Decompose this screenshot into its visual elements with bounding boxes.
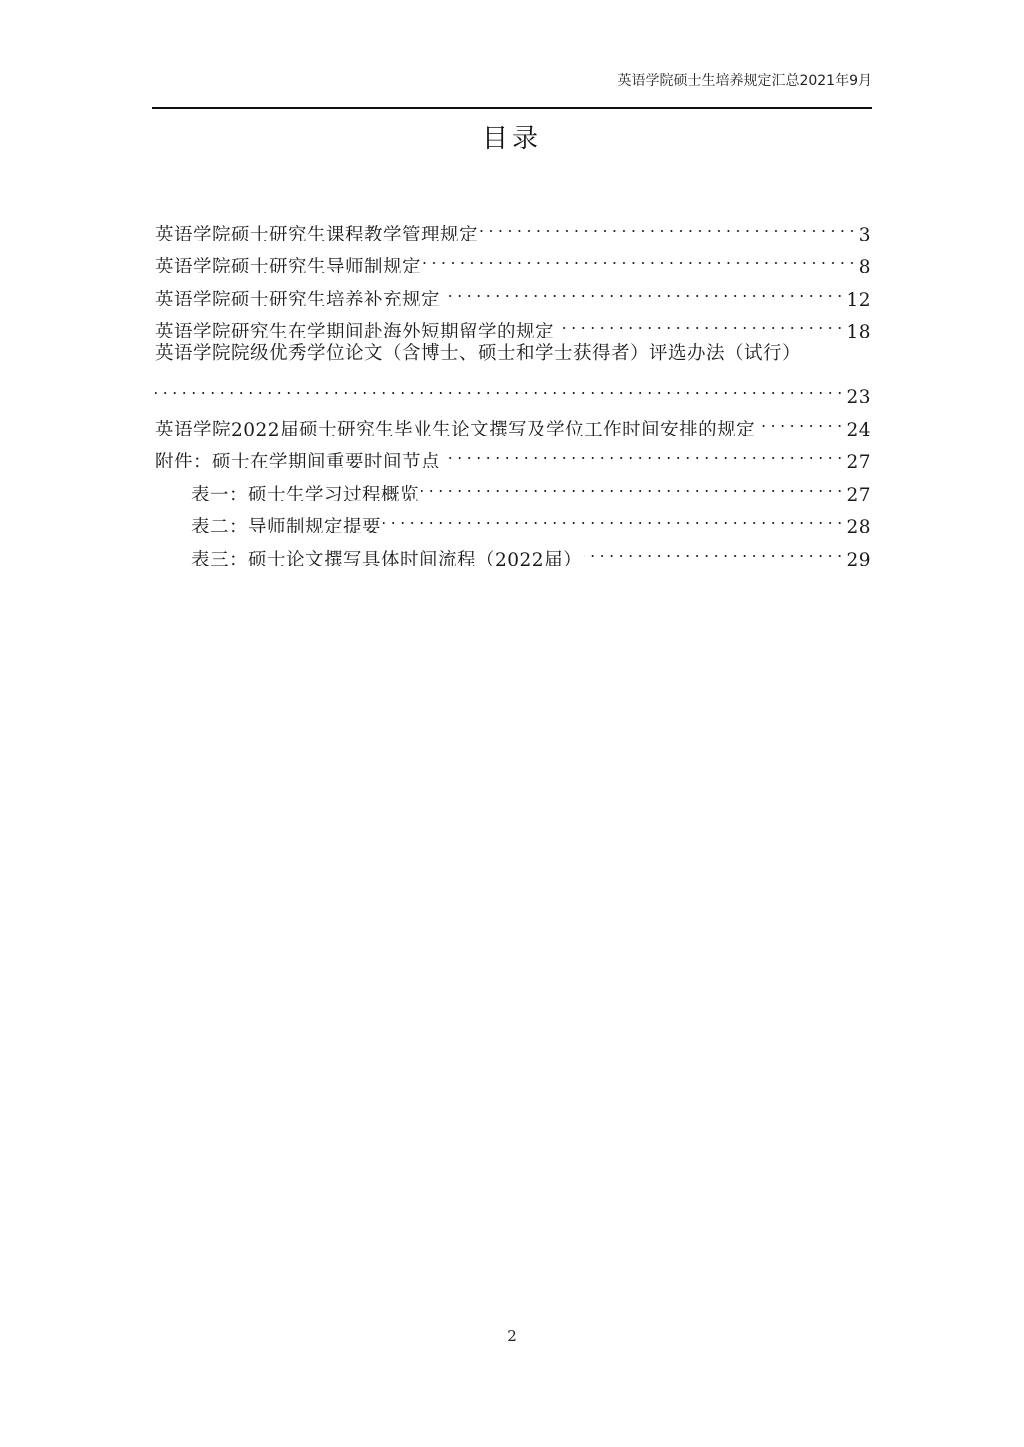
toc-entry-page: 8 xyxy=(859,252,871,273)
toc-entry-wrapped[interactable]: 英语学院院级优秀学位论文（含博士、硕士和学士获得者）评选办法（试行） 23 xyxy=(155,338,871,403)
toc-entry[interactable]: 英语学院硕士研究生导师制规定 8 xyxy=(155,241,871,274)
toc-entry-label: 英语学院硕士研究生导师制规定 xyxy=(155,252,421,273)
toc-entry-page: 29 xyxy=(846,545,871,566)
page-number: 2 xyxy=(0,1327,1024,1345)
toc-entry-label: 英语学院硕士研究生培养补充规定 xyxy=(155,285,440,306)
toc-entry[interactable]: 表一：硕士生学习过程概览 27 xyxy=(155,468,871,501)
toc-entry[interactable]: 英语学院硕士研究生培养补充规定 12 xyxy=(155,273,871,306)
running-header: 英语学院硕士生培养规定汇总2021年9月 xyxy=(617,70,872,90)
dot-leader xyxy=(584,533,844,566)
toc-entry-label: 英语学院2022届硕士研究生毕业生论文撰写及学位工作时间安排的规定 xyxy=(155,415,755,436)
toc-entry-label: 英语学院院级优秀学位论文（含博士、硕士和学士获得者）评选办法（试行） xyxy=(155,338,871,371)
toc-entry[interactable]: 表二：导师制规定提要 28 xyxy=(155,501,871,534)
dot-leader xyxy=(423,241,857,274)
toc-entry-continuation: 23 xyxy=(155,371,871,404)
dot-leader xyxy=(442,436,844,469)
toc-entry-page: 23 xyxy=(846,382,871,403)
toc-entry-label: 表一：硕士生学习过程概览 xyxy=(191,480,419,501)
toc-entry[interactable]: 英语学院2022届硕士研究生毕业生论文撰写及学位工作时间安排的规定 24 xyxy=(155,403,871,436)
toc-entry-label: 英语学院硕士研究生课程教学管理规定 xyxy=(155,220,478,241)
dot-leader xyxy=(421,468,844,501)
toc-entry-page: 3 xyxy=(859,220,871,241)
toc-entry-page: 28 xyxy=(846,512,871,533)
dot-leader xyxy=(442,273,844,306)
dot-leader xyxy=(383,501,844,534)
toc-entry[interactable]: 附件：硕士在学期间重要时间节点 27 xyxy=(155,436,871,469)
dot-leader xyxy=(480,208,857,241)
toc-entry-label: 表三：硕士论文撰写具体时间流程（2022届） xyxy=(191,545,582,566)
toc-entry-page: 27 xyxy=(846,480,871,501)
dot-leader xyxy=(757,403,844,436)
toc-entry-page: 27 xyxy=(846,447,871,468)
table-of-contents: 英语学院硕士研究生课程教学管理规定 3 英语学院硕士研究生导师制规定 8 英语学… xyxy=(155,208,871,566)
toc-entry-label: 英语学院研究生在学期间赴海外短期留学的规定 xyxy=(155,317,554,338)
header-divider xyxy=(152,107,872,109)
dot-leader xyxy=(556,306,844,339)
toc-entry-page: 24 xyxy=(846,415,871,436)
toc-entry-page: 18 xyxy=(846,317,871,338)
toc-entry-label: 表二：导师制规定提要 xyxy=(191,512,381,533)
dot-leader xyxy=(155,371,844,404)
toc-title: 目录 xyxy=(0,118,1024,155)
toc-entry-page: 12 xyxy=(846,285,871,306)
toc-entry-label: 附件：硕士在学期间重要时间节点 xyxy=(155,447,440,468)
toc-entry[interactable]: 英语学院研究生在学期间赴海外短期留学的规定 18 xyxy=(155,306,871,339)
toc-entry[interactable]: 表三：硕士论文撰写具体时间流程（2022届） 29 xyxy=(155,533,871,566)
toc-entry[interactable]: 英语学院硕士研究生课程教学管理规定 3 xyxy=(155,208,871,241)
